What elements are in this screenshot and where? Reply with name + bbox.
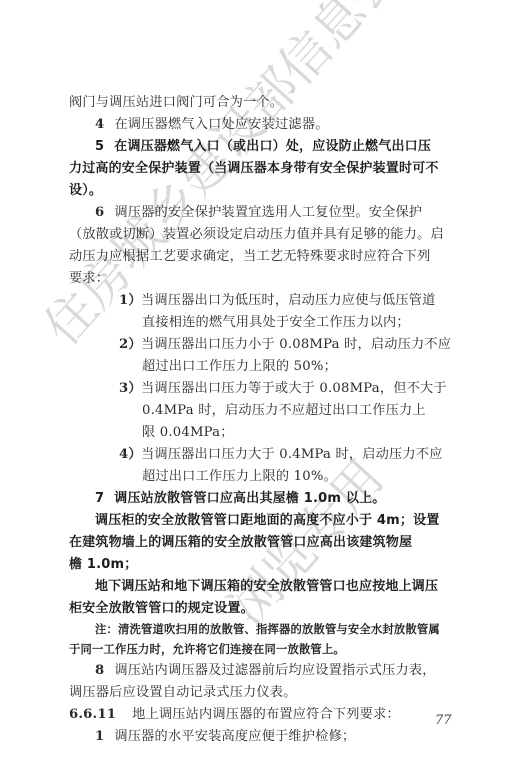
sub-item-3-line-2: 0.4MPa 时，启动压力不应超过出口工作压力上 bbox=[69, 400, 462, 422]
sub-item-text: 当调压器出口为低压时，启动压力应使与低压管道 bbox=[141, 293, 436, 308]
item-number: 6 bbox=[95, 202, 104, 224]
sub-item-text: 当调压器出口压力等于或大于 0.08MPa，但不大于 bbox=[141, 381, 447, 396]
clause-text: 地上调压站内调压器的布置应符合下列要求： bbox=[132, 707, 400, 722]
item-number: 1 bbox=[95, 726, 104, 748]
item-text: 调压站内调压器及过滤器前后均应设置指示式压力表， bbox=[114, 663, 435, 678]
item-7-para2-line-2: 柜安全放散管管口的规定设置。 bbox=[69, 598, 462, 620]
note-line-1: 注：清洗管道吹扫用的放散管、指挥器的放散管与安全水封放散管属 bbox=[69, 620, 462, 640]
clause-6-6-11: 6.6.11地上调压站内调压器的布置应符合下列要求： bbox=[69, 704, 462, 726]
clause-number: 6.6.11 bbox=[69, 704, 116, 726]
sub-item-3-line-3: 限 0.04MPa； bbox=[69, 422, 462, 444]
item-8-line-2: 调压器后应设置自动记录式压力仪表。 bbox=[69, 682, 462, 704]
sub-item-1-line-1: 1）当调压器出口为低压时，启动压力应使与低压管道 bbox=[69, 290, 462, 312]
sub-item-4-line-2: 超过出口工作压力上限的 10%。 bbox=[69, 466, 462, 488]
item-7-para1-line-1: 调压柜的安全放散管管口距地面的高度不应小于 4m；设置 bbox=[69, 510, 462, 532]
page-number: 77 bbox=[435, 713, 452, 728]
sub-item-text: 当调压器出口压力大于 0.4MPa 时，启动压力不应 bbox=[141, 447, 443, 462]
item-text: 调压器的水平安装高度应便于维护检修； bbox=[114, 729, 355, 744]
sub-item-2-line-1: 2）当调压器出口压力小于 0.08MPa 时，启动压力不应 bbox=[69, 334, 462, 356]
item-7-heading: 7调压站放散管管口应高出其屋檐 1.0m 以上。 bbox=[69, 488, 462, 510]
item-6-line-2: （放散或切断）装置必须设定启动压力值并具有足够的能力。启 bbox=[69, 224, 462, 246]
sub-item-text: 当调压器出口压力小于 0.08MPa 时，启动压力不应 bbox=[141, 337, 451, 352]
document-page: 住房城乡建设部信息公开 浏览专用 阀门与调压站进口阀门可合为一个。 4在调压器燃… bbox=[0, 0, 529, 766]
sub-item-3-line-1: 3）当调压器出口压力等于或大于 0.08MPa，但不大于 bbox=[69, 378, 462, 400]
sub-item-number: 3） bbox=[119, 378, 141, 400]
page-content: 阀门与调压站进口阀门可合为一个。 4在调压器燃气入口处应安装过滤器。 5在调压器… bbox=[69, 92, 462, 748]
item-5-line-1: 5在调压器燃气入口（或出口）处，应设防止燃气出口压 bbox=[69, 136, 462, 158]
item-number: 8 bbox=[95, 660, 104, 682]
item-7-para1-line-3: 檐 1.0m； bbox=[69, 554, 462, 576]
item-number: 7 bbox=[95, 488, 104, 510]
item-number: 4 bbox=[95, 114, 104, 136]
item-5-line-3: 设）。 bbox=[69, 180, 462, 202]
item-4: 4在调压器燃气入口处应安装过滤器。 bbox=[69, 114, 462, 136]
item-6-line-4: 要求： bbox=[69, 268, 462, 290]
sub-item-2-line-2: 超过出口工作压力上限的 50%； bbox=[69, 356, 462, 378]
sub-item-1-line-2: 直接相连的燃气用具处于安全工作压力以内； bbox=[69, 312, 462, 334]
item-8-line-1: 8调压站内调压器及过滤器前后均应设置指示式压力表， bbox=[69, 660, 462, 682]
item-text: 调压器的安全保护装置宜选用人工复位型。安全保护 bbox=[114, 205, 422, 220]
sub-item-number: 4） bbox=[119, 444, 141, 466]
item-7-para2-line-1: 地下调压站和地下调压箱的安全放散管管口也应按地上调压 bbox=[69, 576, 462, 598]
item-text: 在调压器燃气入口处应安装过滤器。 bbox=[114, 117, 328, 132]
sub-item-number: 1） bbox=[119, 290, 141, 312]
item-5-line-2: 力过高的安全保护装置（当调压器本身带有安全保护装置时可不 bbox=[69, 158, 462, 180]
clause-item-1: 1调压器的水平安装高度应便于维护检修； bbox=[69, 726, 462, 748]
sub-item-4-line-1: 4）当调压器出口压力大于 0.4MPa 时，启动压力不应 bbox=[69, 444, 462, 466]
note-line-2: 于同一工作压力时，允许将它们连接在同一放散管上。 bbox=[69, 640, 462, 660]
paragraph-continuation: 阀门与调压站进口阀门可合为一个。 bbox=[69, 92, 462, 114]
item-6-line-3: 动压力应根据工艺要求确定，当工艺无特殊要求时应符合下列 bbox=[69, 246, 462, 268]
item-7-para1-line-2: 在建筑物墙上的调压箱的安全放散管管口应高出该建筑物屋 bbox=[69, 532, 462, 554]
item-number: 5 bbox=[95, 136, 104, 158]
item-text: 调压站放散管管口应高出其屋檐 1.0m 以上。 bbox=[114, 491, 385, 506]
sub-item-number: 2） bbox=[119, 334, 141, 356]
item-text: 在调压器燃气入口（或出口）处，应设防止燃气出口压 bbox=[114, 139, 431, 154]
item-6-line-1: 6调压器的安全保护装置宜选用人工复位型。安全保护 bbox=[69, 202, 462, 224]
